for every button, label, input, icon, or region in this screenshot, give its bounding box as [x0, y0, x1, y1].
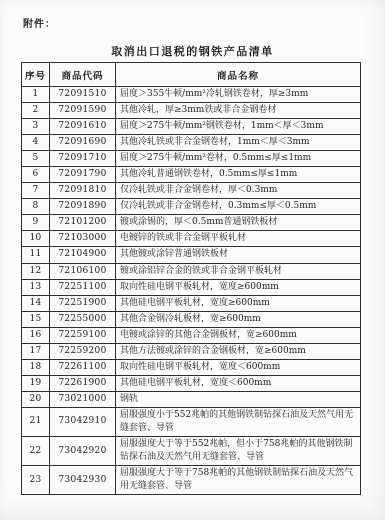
- row-serial-number: 3: [22, 119, 50, 135]
- row-product-code: 73021000: [50, 391, 116, 407]
- row-product-code: 73042910: [50, 407, 116, 436]
- row-serial-number: 4: [22, 135, 50, 151]
- attachment-label: 附件：: [23, 15, 56, 30]
- row-product-name: 其他硅电钢平板轧材，宽度＜600mm: [116, 375, 361, 391]
- table-row: 1672259100电镀或涂锌的其他合金钢板材，宽≥600mm: [22, 327, 361, 343]
- row-product-name: 屈服强度大于等于758兆帕的其他钢铁制钻探石油及天然气用无缝套管、导管: [116, 466, 361, 495]
- row-product-code: 72261100: [50, 359, 116, 375]
- row-serial-number: 9: [22, 215, 50, 231]
- row-serial-number: 21: [22, 407, 50, 436]
- row-serial-number: 13: [22, 279, 50, 295]
- row-product-name: 屈服强度大于等于552兆帕，但小于758兆帕的其他钢铁制钻探石油及天然气用无缝套…: [116, 437, 361, 466]
- row-product-code: 72103000: [50, 231, 116, 247]
- row-product-code: 72091510: [50, 87, 116, 103]
- table-header-row: 序号 商品代码 商品名称: [22, 63, 361, 87]
- header-serial-number: 序号: [22, 63, 50, 87]
- row-product-name: 屈服强度小于552兆帕的其他钢铁制钻探石油及天然气用无缝套管、导管: [116, 407, 361, 436]
- row-product-name: 取向性硅电钢平板轧材，宽度≥600mm: [116, 279, 361, 295]
- table-row: 1772259200其他方法镀或涂锌的合金钢板材，宽≥600mm: [22, 343, 361, 359]
- row-serial-number: 11: [22, 247, 50, 263]
- row-serial-number: 8: [22, 199, 50, 215]
- row-serial-number: 14: [22, 295, 50, 311]
- row-product-code: 72091610: [50, 119, 116, 135]
- row-serial-number: 17: [22, 343, 50, 359]
- table-row: 372091610屈度＞275牛顿/mm²钢铁卷材，1mm＜厚＜3mm: [22, 119, 361, 135]
- row-serial-number: 1: [22, 87, 50, 103]
- row-product-name: 其他方法镀或涂锌的合金钢板材，宽≥600mm: [116, 343, 361, 359]
- row-product-name: 钢轨: [116, 391, 361, 407]
- row-product-name: 电镀或涂锌的其他合金钢板材，宽≥600mm: [116, 327, 361, 343]
- row-serial-number: 6: [22, 167, 50, 183]
- row-product-code: 72261900: [50, 375, 116, 391]
- table-row: 1572255000其他合金钢冷轧板材，宽≥600mm: [22, 311, 361, 327]
- row-serial-number: 18: [22, 359, 50, 375]
- row-product-code: 73042930: [50, 466, 116, 495]
- page-title: 取消出口退税的钢铁产品清单: [0, 43, 385, 59]
- row-product-code: 72091890: [50, 199, 116, 215]
- row-product-code: 72255000: [50, 311, 116, 327]
- table-row: 1172104900其他镀或涂锌普通钢铁板材: [22, 247, 361, 263]
- row-serial-number: 22: [22, 437, 50, 466]
- row-serial-number: 5: [22, 151, 50, 167]
- table-row: 272091590其他冷轧，厚≥3mm铁或非合金钢卷材: [22, 103, 361, 119]
- table-row: 1072103000电镀锌的铁或非合金钢平板轧材: [22, 231, 361, 247]
- row-product-code: 72091710: [50, 151, 116, 167]
- row-product-name: 镀或涂铝锌合金的铁或非合金钢平板轧材: [116, 263, 361, 279]
- header-product-name: 商品名称: [116, 63, 361, 87]
- row-product-name: 其他合金钢冷轧板材，宽≥600mm: [116, 311, 361, 327]
- row-product-code: 72101200: [50, 215, 116, 231]
- table-row: 472091690其他冷轧铁或非合金钢卷材，1mm＜厚＜3mm: [22, 135, 361, 151]
- table-row: 872091890仅冷轧铁或非合金钢卷材，0.3mm≤厚＜0.5mm: [22, 199, 361, 215]
- row-serial-number: 23: [22, 466, 50, 495]
- row-product-name: 镀或涂锡的，厚＜0.5mm普通钢铁板材: [116, 215, 361, 231]
- row-serial-number: 19: [22, 375, 50, 391]
- row-product-code: 72091810: [50, 183, 116, 199]
- table-row: 572091710屈度＞275牛顿/mm²卷材，0.5mm≤厚≤1mm: [22, 151, 361, 167]
- row-product-code: 72251900: [50, 295, 116, 311]
- table-row: 2373042930屈服强度大于等于758兆帕的其他钢铁制钻探石油及天然气用无缝…: [22, 466, 361, 495]
- table-row: 1472251900其他硅电钢平板轧材，宽度≥600mm: [22, 295, 361, 311]
- row-product-name: 其他镀或涂锌普通钢铁板材: [116, 247, 361, 263]
- row-product-name: 其他硅电钢平板轧材，宽度≥600mm: [116, 295, 361, 311]
- row-product-name: 电镀锌的铁或非合金钢平板轧材: [116, 231, 361, 247]
- row-serial-number: 10: [22, 231, 50, 247]
- product-table: 序号 商品代码 商品名称 172091510屈度＞355牛顿/mm²冷轧钢铁卷材…: [21, 62, 361, 495]
- row-product-code: 72091690: [50, 135, 116, 151]
- row-serial-number: 16: [22, 327, 50, 343]
- row-product-code: 72251100: [50, 279, 116, 295]
- table-row: 2073021000钢轨: [22, 391, 361, 407]
- row-product-code: 72091590: [50, 103, 116, 119]
- table-row: 1272106100镀或涂铝锌合金的铁或非合金钢平板轧材: [22, 263, 361, 279]
- row-serial-number: 15: [22, 311, 50, 327]
- row-serial-number: 20: [22, 391, 50, 407]
- table-row: 2173042910屈服强度小于552兆帕的其他钢铁制钻探石油及天然气用无缝套管…: [22, 407, 361, 436]
- row-product-code: 72259100: [50, 327, 116, 343]
- row-product-code: 73042920: [50, 437, 116, 466]
- row-serial-number: 12: [22, 263, 50, 279]
- row-product-code: 72091790: [50, 167, 116, 183]
- row-serial-number: 7: [22, 183, 50, 199]
- table-row: 672091790其他冷轧普通钢铁卷材，0.5mm≤厚≤1mm: [22, 167, 361, 183]
- table-row: 2273042920屈服强度大于等于552兆帕，但小于758兆帕的其他钢铁制钻探…: [22, 437, 361, 466]
- row-product-name: 屈度＞275牛顿/mm²钢铁卷材，1mm＜厚＜3mm: [116, 119, 361, 135]
- table-row: 172091510屈度＞355牛顿/mm²冷轧钢铁卷材，厚≥3mm: [22, 87, 361, 103]
- product-table-body: 172091510屈度＞355牛顿/mm²冷轧钢铁卷材，厚≥3mm2720915…: [22, 87, 361, 495]
- row-product-name: 仅冷轧铁或非合金钢卷材，0.3mm≤厚＜0.5mm: [116, 199, 361, 215]
- row-product-name: 其他冷轧普通钢铁卷材，0.5mm≤厚≤1mm: [116, 167, 361, 183]
- table-row: 1872261100取向性硅电钢平板轧材，宽度＜600mm: [22, 359, 361, 375]
- table-row: 972101200镀或涂锡的，厚＜0.5mm普通钢铁板材: [22, 215, 361, 231]
- row-serial-number: 2: [22, 103, 50, 119]
- row-product-name: 取向性硅电钢平板轧材，宽度＜600mm: [116, 359, 361, 375]
- row-product-name: 其他冷轧铁或非合金钢卷材，1mm＜厚＜3mm: [116, 135, 361, 151]
- row-product-name: 其他冷轧，厚≥3mm铁或非合金钢卷材: [116, 103, 361, 119]
- table-row: 772091810仅冷轧铁或非合金钢卷材，厚＜0.3mm: [22, 183, 361, 199]
- row-product-name: 屈度＞355牛顿/mm²冷轧钢铁卷材，厚≥3mm: [116, 87, 361, 103]
- row-product-code: 72104900: [50, 247, 116, 263]
- row-product-code: 72106100: [50, 263, 116, 279]
- document-page: 附件： 取消出口退税的钢铁产品清单 序号 商品代码 商品名称 172091510…: [0, 0, 385, 520]
- table-row: 1372251100取向性硅电钢平板轧材，宽度≥600mm: [22, 279, 361, 295]
- row-product-name: 仅冷轧铁或非合金钢卷材，厚＜0.3mm: [116, 183, 361, 199]
- row-product-code: 72259200: [50, 343, 116, 359]
- header-product-code: 商品代码: [50, 63, 116, 87]
- row-product-name: 屈度＞275牛顿/mm²卷材，0.5mm≤厚≤1mm: [116, 151, 361, 167]
- table-row: 1972261900其他硅电钢平板轧材，宽度＜600mm: [22, 375, 361, 391]
